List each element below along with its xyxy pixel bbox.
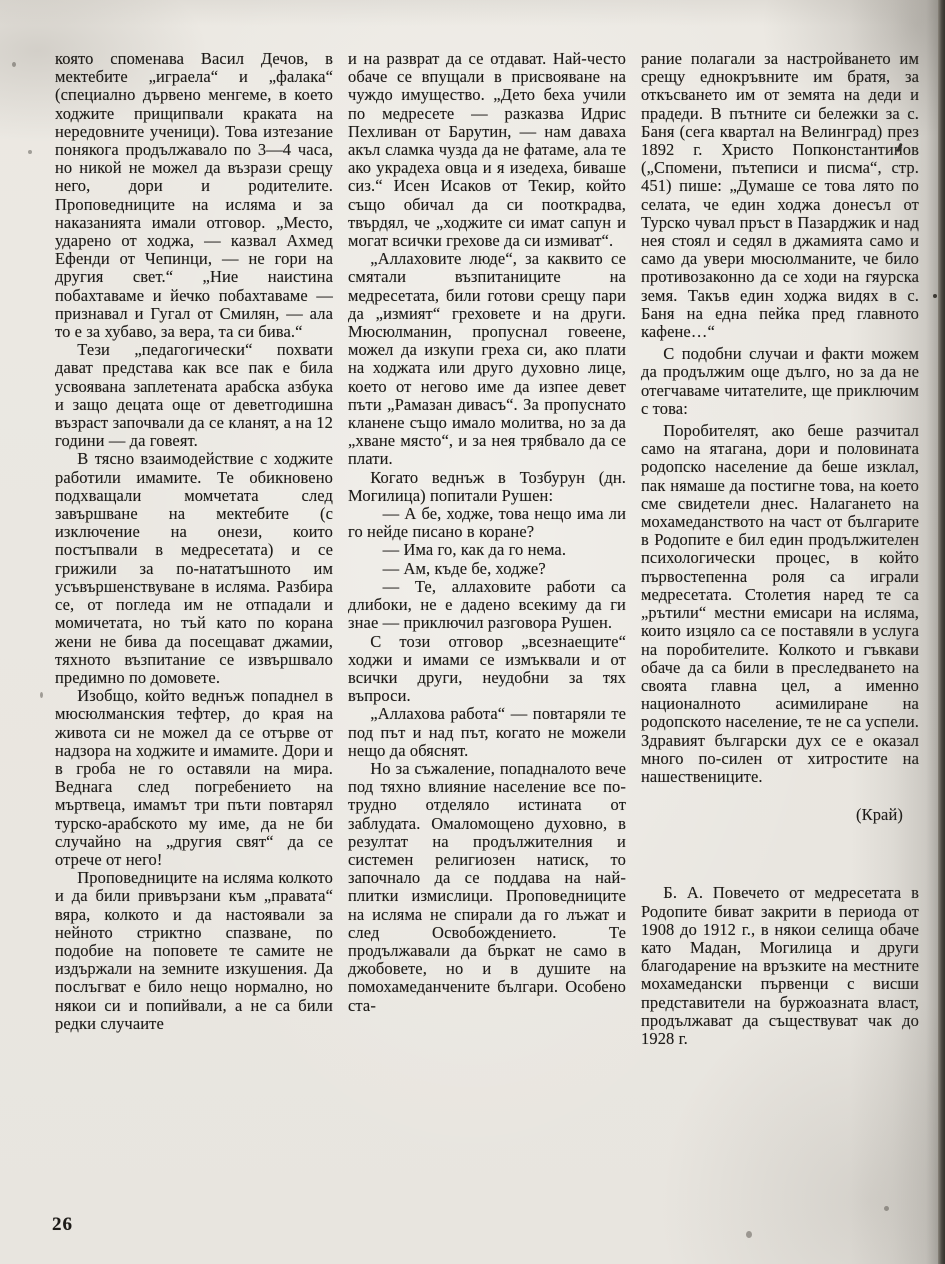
paragraph: рание полагали за настройването им срещу… xyxy=(641,50,919,341)
paragraph: и на разврат да се отдават. Най-често об… xyxy=(348,50,626,250)
text-column-1: която споменава Васил Дечов, в мектебите… xyxy=(55,50,333,1048)
paragraph: Но за съжаление, попадналото вече под тя… xyxy=(348,760,626,1015)
paragraph: Тези „педагогически“ похвати дават предс… xyxy=(55,341,333,450)
ink-speck xyxy=(28,150,32,154)
scan-edge xyxy=(938,0,945,1264)
paragraph: В тясно взаимодействие с ходжите работил… xyxy=(55,450,333,687)
paragraph: С подобни случаи и факти можем да продъл… xyxy=(641,345,919,418)
paragraph: С този отговор „всезнаещите“ ходжи и има… xyxy=(348,633,626,706)
ink-speck xyxy=(40,692,43,698)
dialog-line: — Има го, как да го нема. xyxy=(348,541,626,559)
ink-speck xyxy=(884,1206,889,1211)
text-column-2: и на разврат да се отдават. Най-често об… xyxy=(348,50,626,1048)
dialog-line: — Те, аллаховите работи са длибоки, не е… xyxy=(348,578,626,633)
dialog-line: — Ам, къде бе, ходже? xyxy=(348,560,626,578)
page-number: 26 xyxy=(52,1214,73,1236)
dialog-line: — А бе, ходже, това нещо има ли го нейде… xyxy=(348,505,626,541)
scan-top-shading xyxy=(0,0,945,26)
paragraph: Когато веднъж в Тозбурун (дн. Могилица) … xyxy=(348,469,626,505)
ink-speck xyxy=(12,62,16,67)
paragraph: Проповедниците на исляма колкото и да би… xyxy=(55,869,333,1033)
scanned-page: която споменава Васил Дечов, в мектебите… xyxy=(0,0,945,1264)
text-columns: която споменава Васил Дечов, в мектебите… xyxy=(55,50,919,1048)
text-column-3: рание полагали за настройването им срещу… xyxy=(641,50,919,1048)
paragraph: Изобщо, който веднъж попаднел в мюсюлман… xyxy=(55,687,333,869)
editor-note: Б. А. Повечето от медресетата в Родопите… xyxy=(641,884,919,1048)
paragraph: Поробителят, ако беше разчитал само на я… xyxy=(641,422,919,786)
paragraph: „Аллахова работа“ — повтаряли те под път… xyxy=(348,705,626,760)
paragraph: която споменава Васил Дечов, в мектебите… xyxy=(55,50,333,341)
ink-speck xyxy=(746,1231,752,1238)
end-mark: (Край) xyxy=(641,806,919,824)
paragraph: „Аллаховите люде“, за каквито се смятали… xyxy=(348,250,626,468)
ink-speck xyxy=(933,294,937,298)
